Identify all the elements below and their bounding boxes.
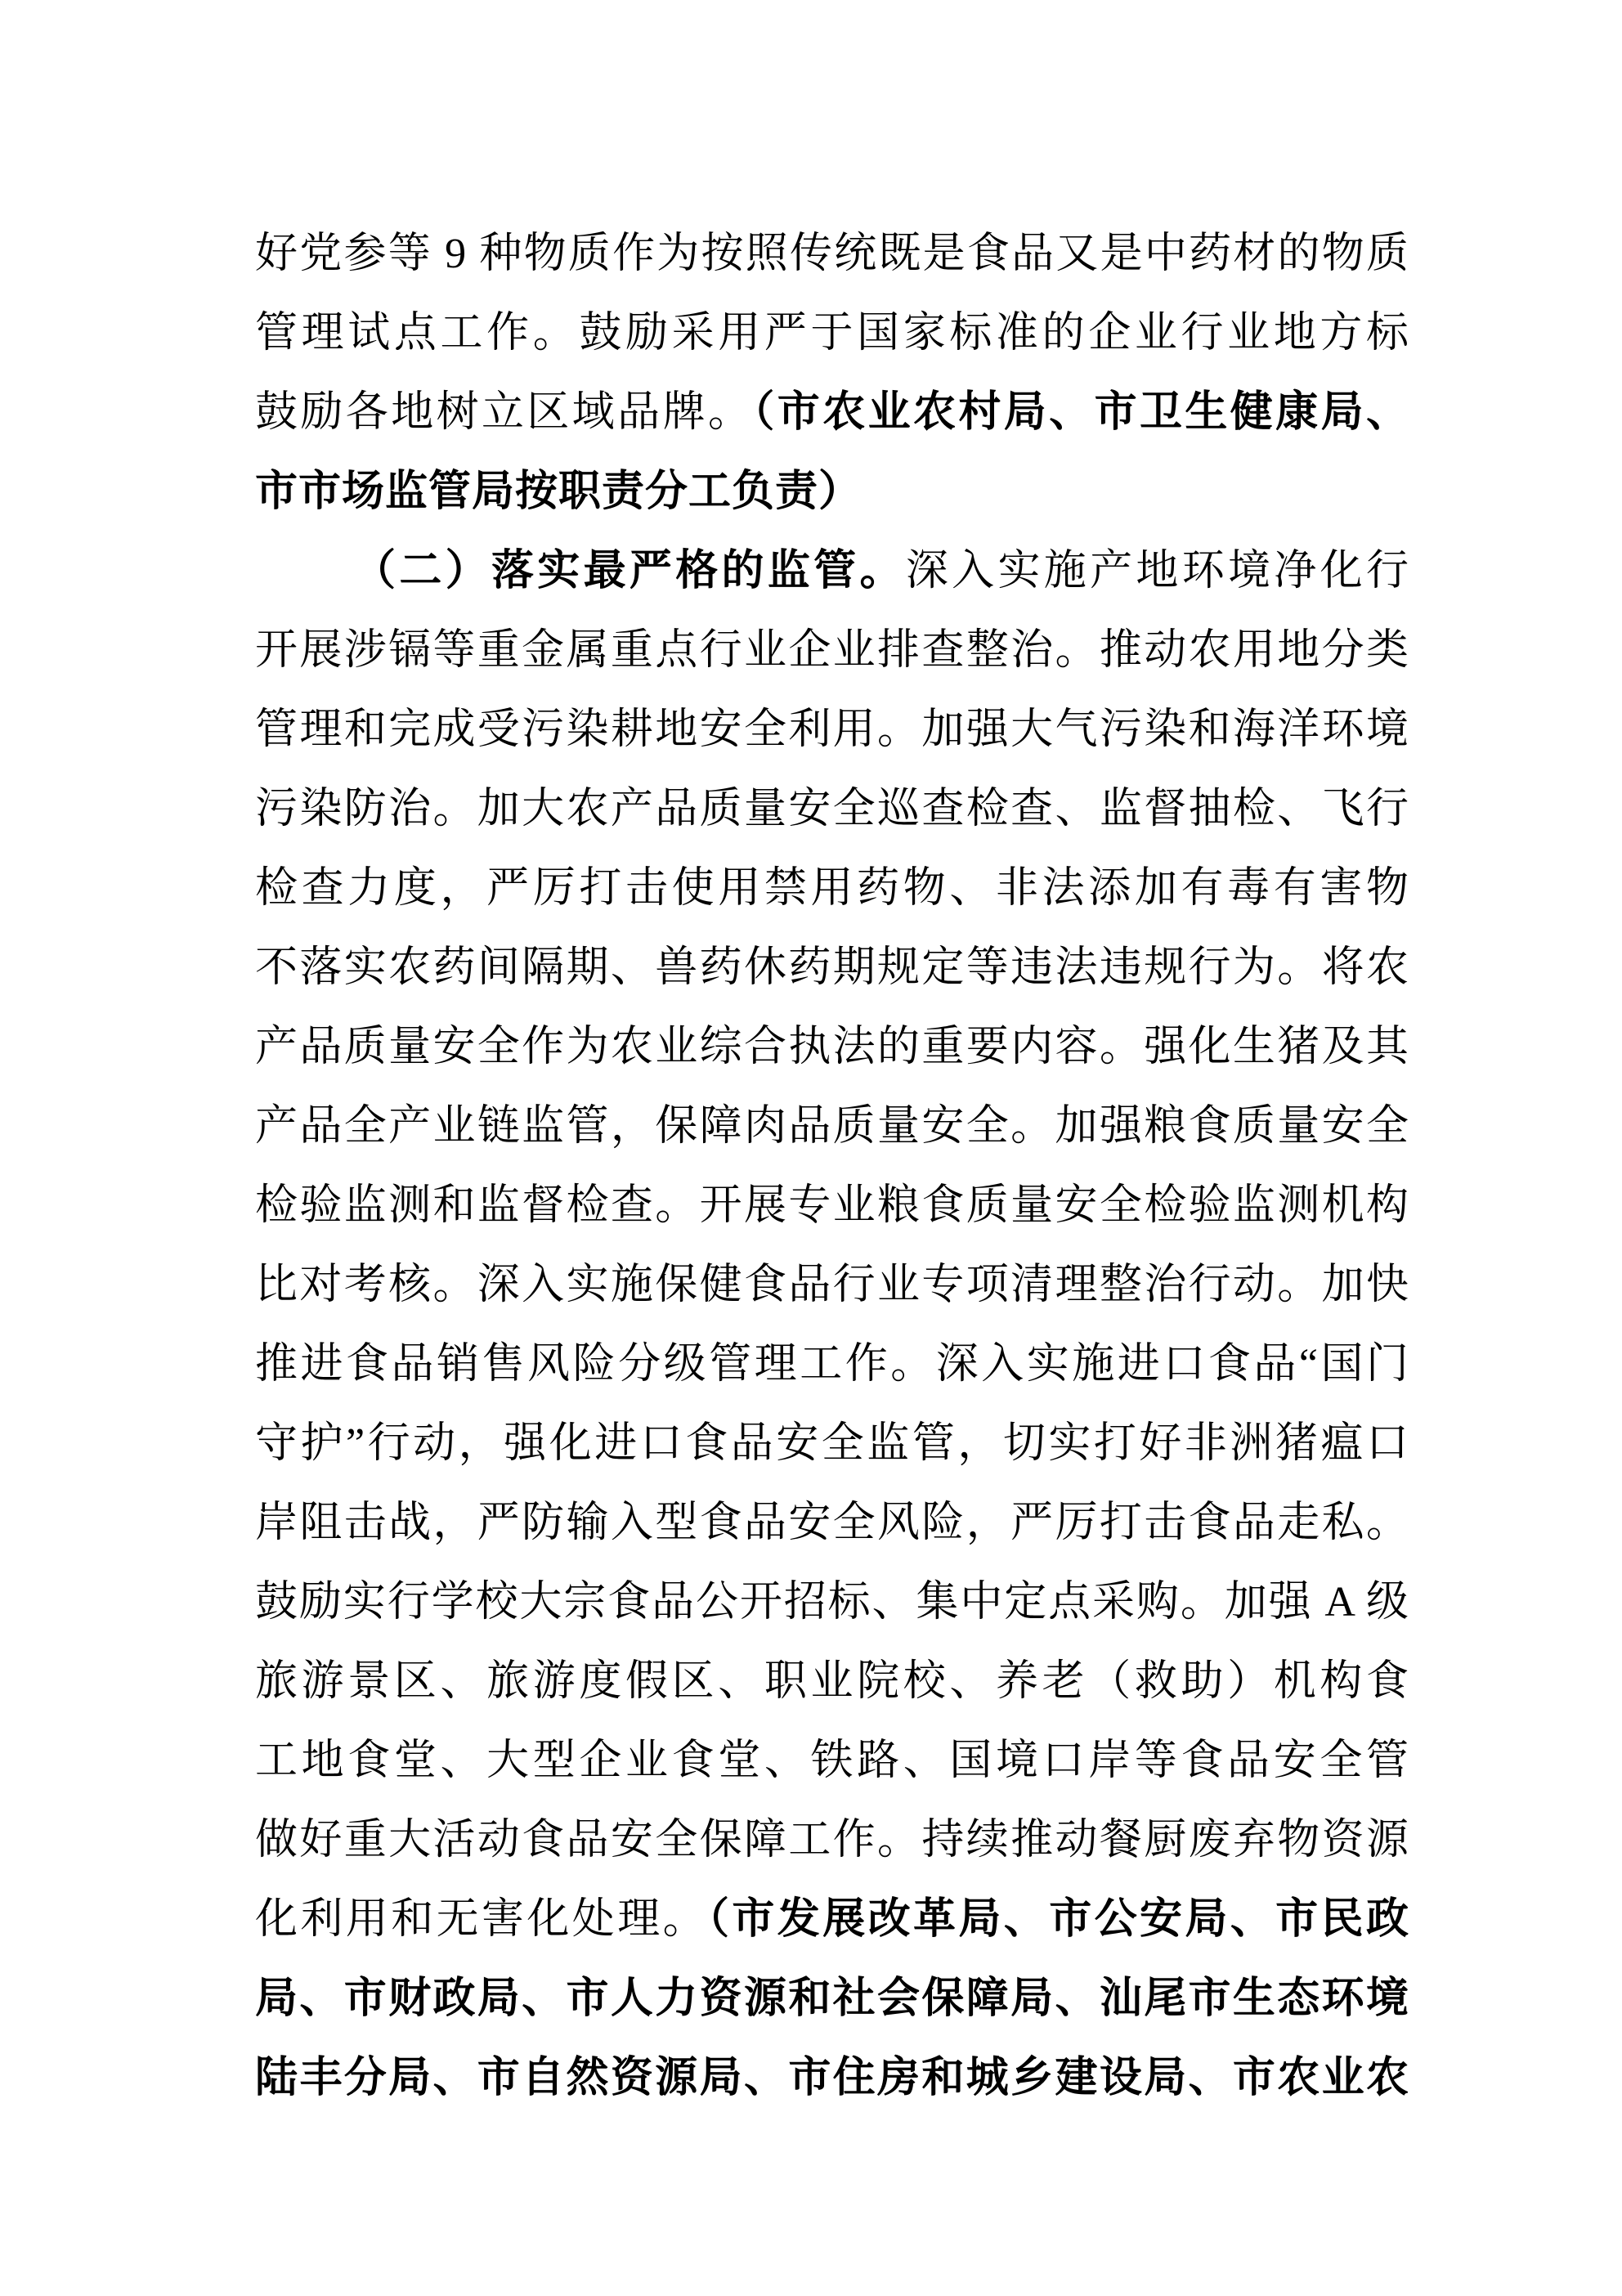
text-segment-kai: 陆丰分局、市自然资源局、市住房和城乡建设局、市农业农 bbox=[255, 2055, 1409, 2101]
text-line-19: 旅游景区、旅游度假区、职业院校、养老（救助）机构食堂、 bbox=[255, 1642, 1409, 1721]
text-segment-body: 做好重大活动食品安全保障工作。持续推动餐厨废弃物资源 bbox=[255, 1817, 1409, 1863]
text-segment-heading: （二）落实最严格的监管。 bbox=[353, 548, 906, 594]
text-segment-body: 鼓励各地树立区域品牌。 bbox=[255, 389, 753, 436]
text-line-23: 局、市财政局、市人力资源和社会保障局、汕尾市生态环境 bbox=[255, 1959, 1409, 2038]
text-segment-body: 好党参等 9 种物质作为按照传统既是食品又是中药材的物质 bbox=[255, 231, 1409, 277]
text-segment-body: 鼓励实行学校大宗食品公开招标、集中定点采购。加强 A 级 bbox=[255, 1579, 1409, 1626]
text-line-16: 守护”行动，强化进口食品安全监管，切实打好非洲猪瘟口 bbox=[255, 1404, 1409, 1483]
text-line-11: 产品质量安全作为农业综合执法的重要内容。强化生猪及其 bbox=[255, 1007, 1409, 1087]
text-line-3: 鼓励各地树立区域品牌。（市农业农村局、市卫生健康局、 bbox=[255, 373, 1409, 452]
text-segment-body: 管理和完成受污染耕地安全利用。加强大气污染和海洋环境 bbox=[255, 706, 1409, 753]
text-segment-body: 守护”行动，强化进口食品安全监管，切实打好非洲猪瘟口 bbox=[255, 1420, 1409, 1467]
text-line-4: 市市场监管局按职责分工负责） bbox=[255, 452, 1409, 531]
text-line-1: 好党参等 9 种物质作为按照传统既是食品又是中药材的物质 bbox=[255, 214, 1409, 294]
text-segment-kai: （市发展改革局、市公安局、市民政 bbox=[708, 1896, 1409, 1943]
text-segment-body: 岸阻击战，严防输入型食品安全风险，严厉打击食品走私。 bbox=[255, 1500, 1409, 1546]
text-line-24: 陆丰分局、市自然资源局、市住房和城乡建设局、市农业农 bbox=[255, 2038, 1409, 2118]
text-segment-body: 不落实农药间隔期、兽药休药期规定等违法违规行为。将农 bbox=[255, 944, 1409, 991]
text-segment-body: 检查力度，严厉打击使用禁用药物、非法添加有毒有害物质、 bbox=[255, 865, 1409, 928]
text-line-20: 工地食堂、大型企业食堂、铁路、国境口岸等食品安全管理。 bbox=[255, 1721, 1409, 1800]
text-segment-body: 推进食品销售风险分级管理工作。深入实施进口食品“国门 bbox=[255, 1341, 1409, 1388]
text-line-9: 检查力度，严厉打击使用禁用药物、非法添加有毒有害物质、 bbox=[255, 849, 1409, 928]
text-line-2: 管理试点工作。鼓励采用严于国家标准的企业行业地方标准， bbox=[255, 294, 1409, 373]
text-line-13: 检验监测和监督检查。开展专业粮食质量安全检验监测机构 bbox=[255, 1166, 1409, 1245]
document-page: 好党参等 9 种物质作为按照传统既是食品又是中药材的物质管理试点工作。鼓励采用严… bbox=[0, 0, 1622, 2296]
text-segment-body: 工地食堂、大型企业食堂、铁路、国境口岸等食品安全管理。 bbox=[255, 1738, 1409, 1800]
text-segment-body: 化利用和无害化处理。 bbox=[255, 1896, 708, 1943]
text-segment-body: 旅游景区、旅游度假区、职业院校、养老（救助）机构食堂、 bbox=[255, 1658, 1409, 1721]
text-line-7: 管理和完成受污染耕地安全利用。加强大气污染和海洋环境 bbox=[255, 690, 1409, 769]
text-line-22: 化利用和无害化处理。（市发展改革局、市公安局、市民政 bbox=[255, 1880, 1409, 1959]
text-segment-body: 产品质量安全作为农业综合执法的重要内容。强化生猪及其 bbox=[255, 1024, 1409, 1070]
text-line-17: 岸阻击战，严防输入型食品安全风险，严厉打击食品走私。 bbox=[255, 1483, 1409, 1563]
text-segment-body: 开展涉镉等重金属重点行业企业排查整治。推动农用地分类 bbox=[255, 627, 1409, 674]
text-segment-body: 产品全产业链监管，保障肉品质量安全。加强粮食质量安全 bbox=[255, 1103, 1409, 1150]
text-line-21: 做好重大活动食品安全保障工作。持续推动餐厨废弃物资源 bbox=[255, 1800, 1409, 1880]
text-segment-body: 管理试点工作。鼓励采用严于国家标准的企业行业地方标准， bbox=[255, 310, 1409, 373]
text-segment-kai: 市市场监管局按职责分工负责） bbox=[255, 469, 862, 515]
text-line-15: 推进食品销售风险分级管理工作。深入实施进口食品“国门 bbox=[255, 1325, 1409, 1404]
text-line-12: 产品全产业链监管，保障肉品质量安全。加强粮食质量安全 bbox=[255, 1087, 1409, 1166]
text-line-6: 开展涉镉等重金属重点行业企业排查整治。推动农用地分类 bbox=[255, 611, 1409, 690]
text-line-5: （二）落实最严格的监管。深入实施产地环境净化行动。 bbox=[255, 531, 1409, 611]
text-line-18: 鼓励实行学校大宗食品公开招标、集中定点采购。加强 A 级 bbox=[255, 1563, 1409, 1642]
text-line-8: 污染防治。加大农产品质量安全巡查检查、监督抽检、飞行 bbox=[255, 769, 1409, 849]
text-line-14: 比对考核。深入实施保健食品行业专项清理整治行动。加快 bbox=[255, 1245, 1409, 1325]
document-text-block: 好党参等 9 种物质作为按照传统既是食品又是中药材的物质管理试点工作。鼓励采用严… bbox=[255, 214, 1409, 2118]
text-segment-body: 比对考核。深入实施保健食品行业专项清理整治行动。加快 bbox=[255, 1262, 1409, 1308]
text-segment-kai: 局、市财政局、市人力资源和社会保障局、汕尾市生态环境 bbox=[255, 1975, 1409, 2022]
text-line-10: 不落实农药间隔期、兽药休药期规定等违法违规行为。将农 bbox=[255, 928, 1409, 1007]
text-segment-body: 污染防治。加大农产品质量安全巡查检查、监督抽检、飞行 bbox=[255, 786, 1409, 832]
text-segment-body: 检验监测和监督检查。开展专业粮食质量安全检验监测机构 bbox=[255, 1182, 1409, 1229]
text-segment-kai: （市农业农村局、市卫生健康局、 bbox=[753, 389, 1409, 436]
